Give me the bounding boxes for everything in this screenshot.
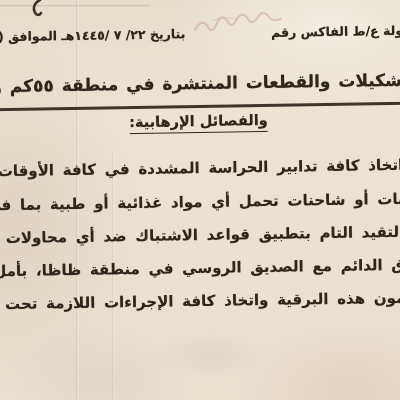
fax-date-text: بتاريخ ٢٢/ ٧ /١٤٤٥هـ الموافق ( / [0,26,185,44]
body-text-line: ق الدائم مع الصديق الروسي في منطقة ظاظا،… [0,256,400,283]
body-text-line: مون هذه البرقية واتخاذ كافة الإجراءات ال… [0,289,400,315]
body-text-line: بات أو شاحنات تحمل أي مواد غذائية أو طبي… [0,190,400,217]
fax-route-text: ولة ع/ط الفاكس رقم [271,23,400,40]
scanned-document-page: ولة ع/ط الفاكس رقم بتاريخ ٢٢/ ٧ /١٤٤٥هـ … [0,0,400,400]
body-text-line: اتخاذ كافة تدابير الحراسة المشددة في كاف… [0,156,400,184]
body-text-line: التقيد التام بتطبيق قواعد الاشتباك ضد أي… [0,223,400,250]
document-content: ولة ع/ط الفاكس رقم بتاريخ ٢٢/ ٧ /١٤٤٥هـ … [0,0,400,400]
fax-header-line: ولة ع/ط الفاكس رقم بتاريخ ٢٢/ ٧ /١٤٤٥هـ … [0,23,397,44]
section-heading: والفصائل الإرهابية: [0,111,399,133]
section-heading-text: والفصائل الإرهابية: [129,113,268,134]
subject-underline-rule [0,101,400,110]
subject-line: شكيلات والقطعات المنتشرة في منطقة ٥٥كم و… [0,71,400,101]
